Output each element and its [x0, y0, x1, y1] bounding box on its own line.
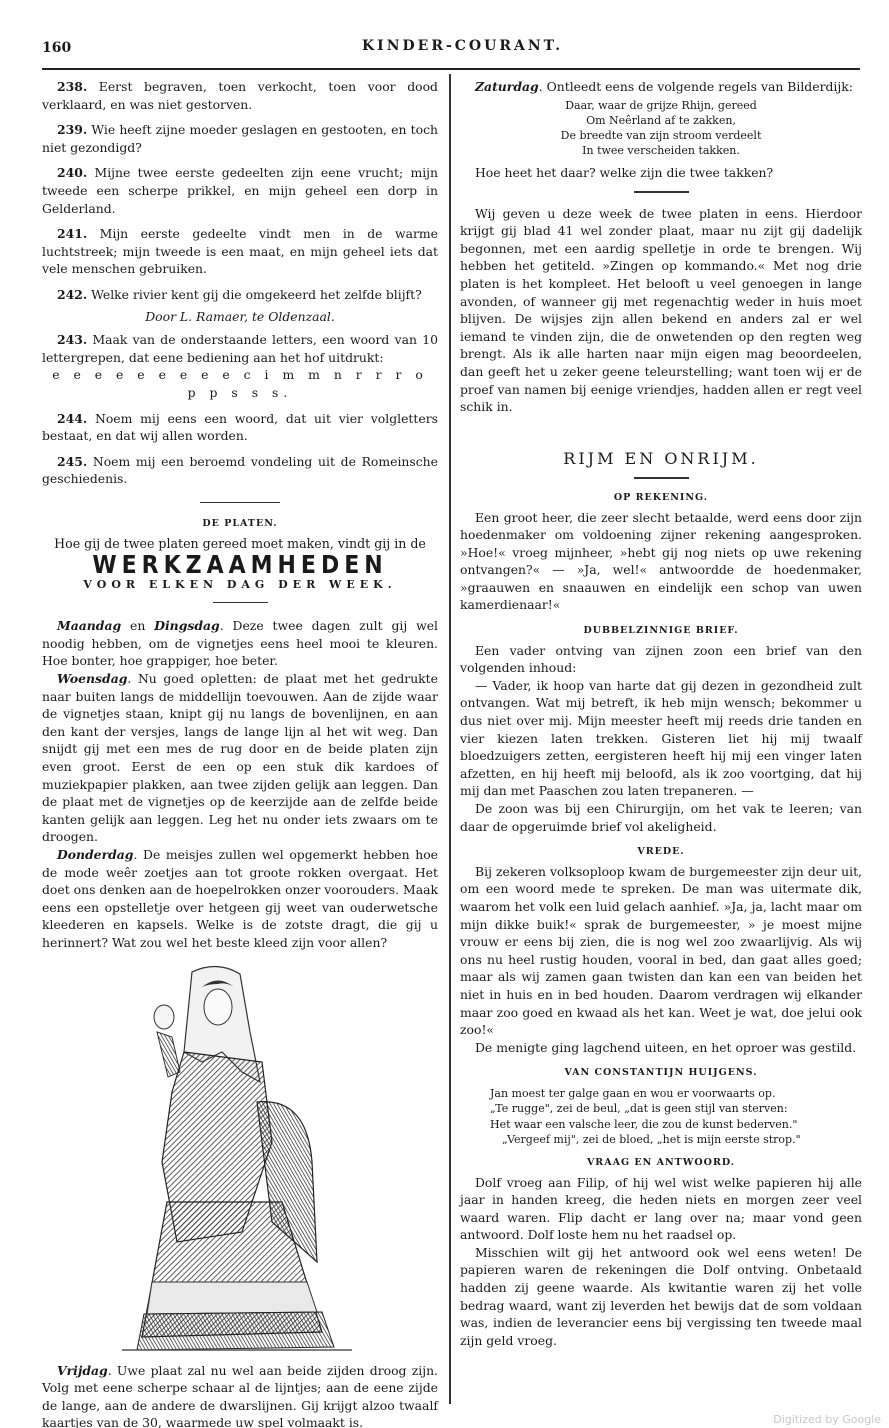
title-rule — [634, 477, 689, 479]
rijm-en-onrijm-title: RIJM EN ONRIJM. — [460, 450, 862, 468]
puzzle-243: 243. Maak van de onderstaande letters, e… — [42, 331, 438, 366]
platen-heading: DE PLATEN. — [42, 515, 438, 533]
huijgens-poem: Jan moest ter galge gaan en wou er voorw… — [490, 1086, 862, 1148]
story-heading: DUBBELZINNIGE BRIEF. — [460, 622, 862, 640]
day-zaturdag: Zaturdag. Ontleedt eens de volgende rege… — [460, 78, 862, 96]
story-paragraph: — Vader, ik hoop van harte dat gij dezen… — [460, 677, 862, 800]
puzzle-238: 238. Eerst begraven, toen verkocht, toen… — [42, 78, 438, 113]
puzzle-244: 244. Noem mij eens een woord, dat uit vi… — [42, 410, 438, 445]
werkzaamheden-title: WERKZAAMHEDEN — [42, 555, 438, 575]
story-paragraph: De menigte ging lagchend uiteen, en het … — [460, 1039, 862, 1057]
platen-intro: Hoe gij de twee platen gereed moet maken… — [42, 535, 438, 553]
subtitle-rule — [213, 602, 268, 604]
story-paragraph: Een groot heer, die zeer slecht betaalde… — [460, 509, 862, 615]
left-column: 238. Eerst begraven, toen verkocht, toen… — [42, 78, 438, 1428]
day-donderdag: Donderdag. De meisjes zullen wel opgemer… — [42, 846, 438, 952]
huijgens-heading: VAN CONSTANTIJN HUIJGENS. — [460, 1064, 862, 1082]
story-paragraph: De zoon was bij een Chirurgijn, om het v… — [460, 800, 862, 835]
zaturdag-question: Hoe heet het daar? welke zijn die twee t… — [460, 164, 862, 182]
digitized-watermark: Digitized by Google — [773, 1413, 881, 1426]
puzzle-240: 240. Mijne twee eerste gedeelten zijn ee… — [42, 164, 438, 217]
running-title: KINDER-COURANT. — [362, 38, 563, 54]
day-maandag: Maandag en Dingsdag. Deze twee dagen zul… — [42, 617, 438, 670]
woman-engraving-illustration — [122, 962, 352, 1352]
puzzle-credit: Door L. Ramaer, te Oldenzaal. — [42, 308, 438, 326]
story-paragraph: Bij zekeren volksoploop kwam de burgemee… — [460, 863, 862, 1039]
story-heading: OP REKENING. — [460, 489, 862, 507]
section-rule — [634, 191, 689, 193]
puzzle-242: 242. Welke rivier kent gij die omgekeerd… — [42, 286, 438, 304]
page-number: 160 — [42, 40, 71, 56]
puzzle-239: 239. Wie heeft zijne moeder geslagen en … — [42, 121, 438, 156]
announcement-paragraph: Wij geven u deze week de twee platen in … — [460, 205, 862, 416]
header-rule — [42, 68, 860, 70]
story-paragraph: Dolf vroeg aan Filip, of hij wel wist we… — [460, 1174, 862, 1244]
story-paragraph: Een vader ontving van zijnen zoon een br… — [460, 642, 862, 677]
day-vrijdag: Vrijdag. Uwe plaat zal nu wel aan beide … — [42, 1362, 438, 1428]
puzzle-letters: e e e e e e e e e c i m m n r r r o p p … — [42, 366, 438, 401]
story-paragraph: Misschien wilt gij het antwoord ook wel … — [460, 1244, 862, 1350]
puzzle-245: 245. Noem mij een beroemd vondeling uit … — [42, 453, 438, 488]
day-woensdag: Woensdag. Nu goed opletten: de plaat met… — [42, 670, 438, 846]
bilderdijk-poem: Daar, waar de grijze Rhijn, gereed Om Ne… — [460, 98, 862, 158]
story-heading: VREDE. — [460, 843, 862, 861]
vraag-heading: VRAAG EN ANTWOORD. — [460, 1154, 862, 1172]
puzzle-241: 241. Mijn eerste gedeelte vindt men in d… — [42, 225, 438, 278]
column-divider — [449, 74, 451, 1404]
right-column: Zaturdag. Ontleedt eens de volgende rege… — [460, 78, 862, 1349]
section-rule — [200, 502, 280, 504]
